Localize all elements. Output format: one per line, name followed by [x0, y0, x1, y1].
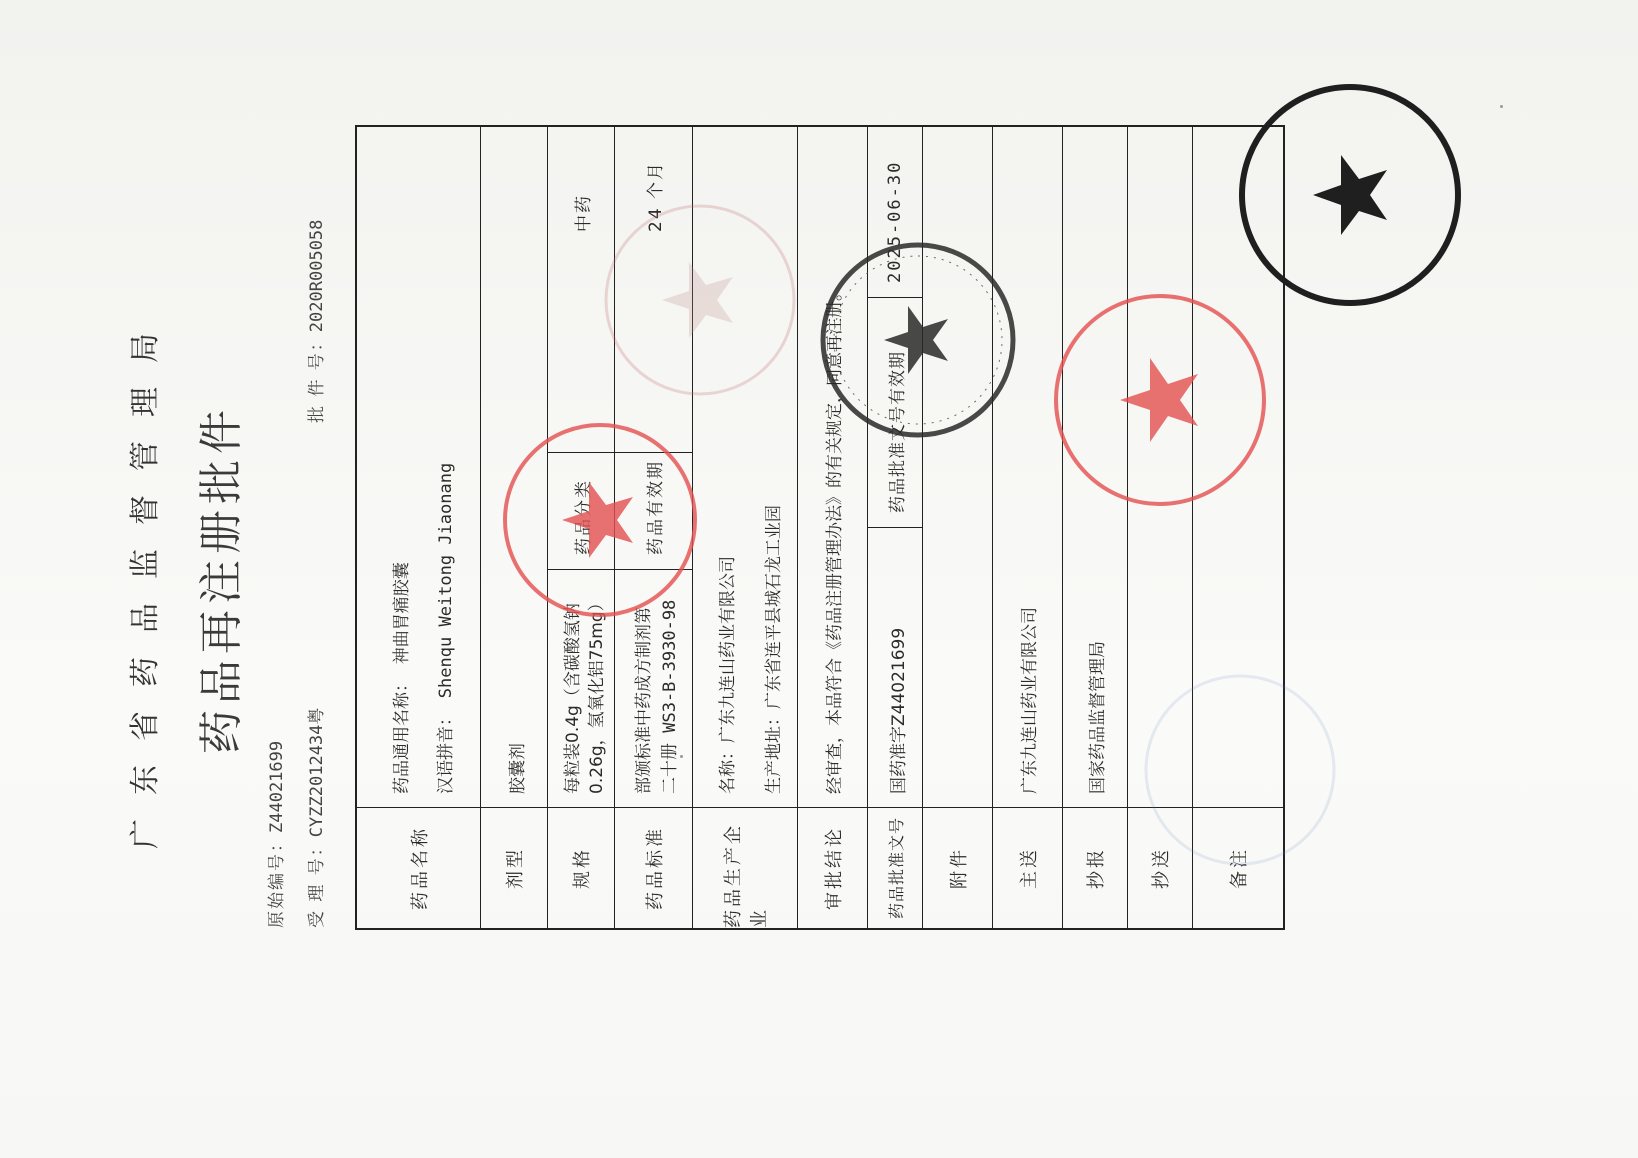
row-approval-number: 药品批准文号 国药准字Z44021699 药品批准文号有效期 2025-06-3… — [867, 127, 922, 928]
standard-line-1: 部颁标准中药成方制剂第 — [629, 607, 654, 794]
value-copy-to — [1128, 127, 1192, 808]
main-recipient-value: 广东九连山药业有限公司 — [1015, 607, 1040, 794]
speck — [1500, 105, 1503, 108]
expiry-value-cell: 2025-06-30 — [868, 127, 922, 298]
value-specification: 每粒装0.4g（含碳酸氢钠 0.26g，氢氧化铝75mg） 药品分类 中药 — [548, 127, 614, 808]
original-number: 原始编号：Z44021699 — [262, 741, 287, 928]
row-manufacturer: 药品生产企业 名称：广东九连山药业有限公司 生产地址：广东省连平县城石龙工业园 — [692, 127, 797, 928]
category-value: 中药 — [569, 194, 594, 452]
value-main-recipient: 广东九连山药业有限公司 — [993, 127, 1062, 808]
value-drug-name: 药品通用名称： 神曲胃痛胶囊 汉语拼音： Shenqu Weitong Jiao… — [357, 127, 480, 808]
manufacturer-name: 广东九连山药业有限公司 — [718, 556, 738, 743]
manufacturer-address: 广东省连平县城石龙工业园 — [764, 505, 784, 709]
label-manufacturer: 药品生产企业 — [693, 807, 797, 928]
issuing-organization: 广东省药品监督管理局 — [120, 0, 164, 1158]
validity-value: 24 个月 — [641, 161, 666, 452]
category-label-cell: 药品分类 — [548, 452, 614, 570]
label-standard: 药品标准 — [615, 807, 692, 928]
approval-table: 药品名称 药品通用名称： 神曲胃痛胶囊 汉语拼音： Shenqu Weitong… — [355, 125, 1285, 930]
value-approval-number: 国药准字Z44021699 药品批准文号有效期 2025-06-30 — [868, 127, 922, 808]
value-conclusion: 经审查，本品符合《药品注册管理办法》的有关规定，同意再注册。 — [798, 127, 867, 808]
row-remarks: 备注 — [1192, 127, 1283, 928]
row-specification: 规格 每粒装0.4g（含碳酸氢钠 0.26g，氢氧化铝75mg） 药品分类 中药 — [547, 127, 614, 928]
approval-doc-number: 批 件 号：2020R005058 — [302, 220, 327, 423]
manufacturer-name-label: 名称： — [718, 743, 738, 794]
validity-value-cell: 24 个月 — [615, 127, 692, 453]
acceptance-number-value: CYZZ2012434粤 — [307, 708, 327, 838]
conclusion-text: 经审查，本品符合《药品注册管理办法》的有关规定，同意再注册。 — [820, 284, 845, 794]
acceptance-number: 受 理 号：CYZZ2012434粤 — [302, 708, 327, 928]
generic-name-label: 药品通用名称： — [392, 675, 412, 794]
value-remarks — [1193, 127, 1283, 808]
label-specification: 规格 — [548, 807, 614, 928]
row-main-recipient: 主送 广东九连山药业有限公司 — [992, 127, 1062, 928]
label-attachment: 附件 — [923, 807, 992, 928]
row-attachment: 附件 — [922, 127, 992, 928]
row-drug-name: 药品名称 药品通用名称： 神曲胃痛胶囊 汉语拼音： Shenqu Weitong… — [357, 127, 480, 928]
expiry-label: 药品批准文号有效期 — [883, 351, 908, 527]
generic-name-value: 神曲胃痛胶囊 — [392, 562, 412, 664]
label-drug-name: 药品名称 — [357, 807, 480, 928]
approval-number-value: 国药准字Z44021699 — [884, 628, 909, 794]
document-title: 药品再注册批件 — [185, 0, 249, 1158]
label-report-to: 抄报 — [1063, 807, 1127, 928]
value-manufacturer: 名称：广东九连山药业有限公司 生产地址：广东省连平县城石龙工业园 — [693, 127, 797, 808]
value-dosage-form: 胶囊剂 — [481, 127, 547, 808]
row-copy-to: 抄送 — [1127, 127, 1192, 928]
row-standard: 药品标准 部颁标准中药成方制剂第 二十册 WS3-B-3930-98 药品有效期… — [614, 127, 692, 928]
approval-doc-value: 2020R005058 — [307, 220, 327, 333]
row-dosage-form: 剂型 胶囊剂 — [480, 127, 547, 928]
manufacturer-address-label: 生产地址： — [764, 709, 784, 794]
label-main-recipient: 主送 — [993, 807, 1062, 928]
label-copy-to: 抄送 — [1128, 807, 1192, 928]
document-page: 广东省药品监督管理局 药品再注册批件 原始编号：Z44021699 受 理 号：… — [0, 0, 1638, 1158]
spec-line-2: 0.26g，氢氧化铝75mg） — [582, 594, 607, 794]
category-value-cell: 中药 — [548, 127, 614, 453]
label-dosage-form: 剂型 — [481, 807, 547, 928]
original-number-value: Z44021699 — [267, 741, 287, 833]
approval-doc-label: 批 件 号： — [307, 332, 327, 423]
label-conclusion: 审批结论 — [798, 807, 867, 928]
value-report-to: 国家药品监督管理局 — [1063, 127, 1127, 808]
pinyin-value: Shenqu Weitong Jiaonang — [436, 463, 456, 698]
label-approval-number: 药品批准文号 — [868, 807, 922, 928]
validity-label: 药品有效期 — [641, 460, 666, 569]
expiry-value: 2025-06-30 — [885, 161, 905, 297]
spec-line-1: 每粒装0.4g（含碳酸氢钠 — [558, 603, 583, 794]
pinyin-label: 汉语拼音： — [436, 709, 456, 794]
row-report-to: 抄报 国家药品监督管理局 — [1062, 127, 1127, 928]
category-label: 药品分类 — [569, 479, 594, 569]
report-to-value: 国家药品监督管理局 — [1083, 641, 1108, 794]
standard-line-2: 二十册 WS3-B-3930-98 — [655, 600, 680, 794]
value-attachment — [923, 127, 992, 808]
value-standard: 部颁标准中药成方制剂第 二十册 WS3-B-3930-98 药品有效期 24 个… — [615, 127, 692, 808]
dosage-form-value: 胶囊剂 — [503, 743, 528, 794]
acceptance-number-label: 受 理 号： — [307, 837, 327, 928]
original-number-label: 原始编号： — [267, 833, 287, 928]
label-remarks: 备注 — [1193, 807, 1283, 928]
expiry-label-cell: 药品批准文号有效期 — [868, 297, 922, 528]
row-conclusion: 审批结论 经审查，本品符合《药品注册管理办法》的有关规定，同意再注册。 — [797, 127, 867, 928]
speck — [680, 755, 683, 758]
validity-label-cell: 药品有效期 — [615, 452, 692, 570]
